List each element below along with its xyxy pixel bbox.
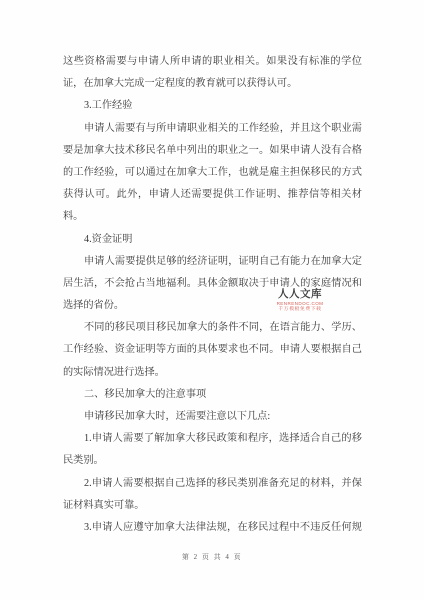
watermark-domain: RENRENDOC.COM: [276, 301, 324, 307]
doc-line: 1.申请人需要了解加拿大移民政策和程序，选择适合自己的移: [63, 428, 362, 450]
doc-line: 申请人需要有与所申请职业相关的工作经验，并且这个职业需: [63, 118, 362, 140]
doc-line: 证，在加拿大完成一定程度的教育就可以获得认可。: [63, 73, 362, 95]
renrendoc-watermark: 人人文库 RENRENDOC.COM 千万模板免费下载: [276, 289, 324, 312]
doc-line: 2.申请人需要根据自己选择的移民类别准备充足的材料，并保: [63, 473, 362, 495]
doc-line: 证材料真实可靠。: [63, 495, 362, 517]
doc-line: 这些资格需要与申请人所申请的职业相关。如果没有标准的学位: [63, 51, 362, 73]
heading-work-experience: 3.工作经验: [63, 95, 362, 117]
page-number-indicator: 第 2 页 共 4 页: [0, 552, 424, 562]
doc-line: 不同的移民项目移民加拿大的条件不同，在语言能力、学历、: [63, 317, 362, 339]
doc-line: 申请人需要提供足够的经济证明，证明自己有能力在加拿大定: [63, 251, 362, 273]
doc-line: 申请移民加拿大时，还需要注意以下几点:: [63, 406, 362, 428]
doc-line: 工作经验、资金证明等方面的具体要求也不同。申请人要根据自己: [63, 339, 362, 361]
doc-line: 获得认可。此外，申请人还需要提供工作证明、推荐信等相关材: [63, 184, 362, 206]
document-page: 这些资格需要与申请人所申请的职业相关。如果没有标准的学位 证，在加拿大完成一定程…: [0, 0, 424, 600]
doc-line: 要是加拿大技术移民名单中列出的职业之一。如果申请人没有合格: [63, 140, 362, 162]
heading-notes-section: 二、移民加拿大的注意事项: [63, 384, 362, 406]
heading-funds-proof: 4.资金证明: [63, 229, 362, 251]
doc-line: 的实际情况进行选择。: [63, 362, 362, 384]
doc-line: 民类别。: [63, 450, 362, 472]
watermark-tagline: 千万模板免费下载: [276, 307, 324, 312]
doc-line: 料。: [63, 206, 362, 228]
watermark-logo-text: 人人文库: [276, 289, 324, 300]
doc-line: 3.申请人应遵守加拿大法律法规，在移民过程中不违反任何规: [63, 517, 362, 539]
doc-line: 的工作经验，可以通过在加拿大工作，也就是雇主担保移民的方式: [63, 162, 362, 184]
